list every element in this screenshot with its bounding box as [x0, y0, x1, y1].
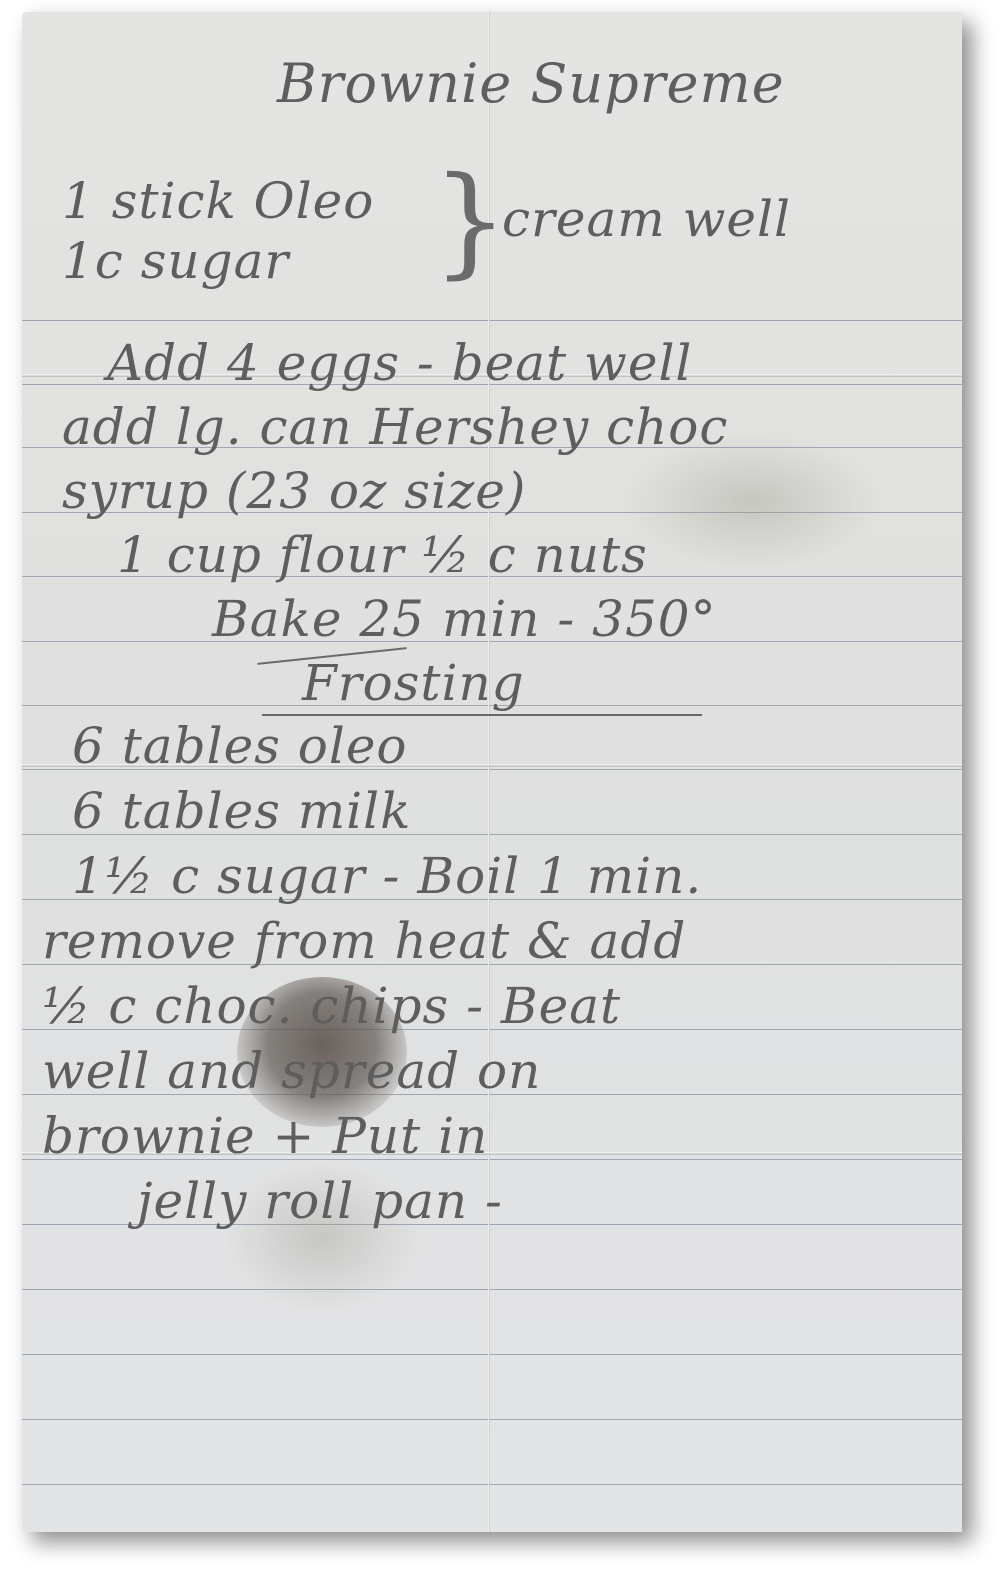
ingredient-line: 1c sugar — [62, 232, 289, 290]
brace-note: cream well — [502, 190, 791, 248]
curly-brace: } — [432, 162, 508, 282]
ruled-line — [22, 1354, 962, 1355]
frosting-heading: Frosting — [302, 654, 525, 712]
frosting-line: 1½ c sugar - Boil 1 min. — [72, 847, 702, 905]
ruled-line — [22, 320, 962, 321]
frosting-line: ½ c choc. chips - Beat — [42, 977, 621, 1035]
recipe-title: Brownie Supreme — [277, 52, 785, 115]
heading-underline — [262, 714, 702, 716]
instruction-line: Add 4 eggs - beat well — [107, 334, 692, 392]
frosting-line: jelly roll pan - — [137, 1172, 503, 1230]
frosting-line: brownie + Put in — [42, 1107, 488, 1165]
bake-instruction: Bake 25 min - 350° — [212, 590, 717, 648]
instruction-line: add lg. can Hershey choc — [62, 398, 728, 456]
ruled-line — [22, 1419, 962, 1420]
ruled-line — [22, 1484, 962, 1485]
ingredient-line: 1 stick Oleo — [62, 172, 374, 230]
frosting-line: well and spread on — [42, 1042, 541, 1100]
instruction-line: syrup (23 oz size) — [62, 462, 526, 520]
recipe-paper: Brownie Supreme 1 stick Oleo 1c sugar } … — [22, 12, 962, 1532]
ruled-line — [22, 1289, 962, 1290]
frosting-line: remove from heat & add — [42, 912, 686, 970]
frosting-line: 6 tables oleo — [72, 717, 408, 775]
frosting-line: 6 tables milk — [72, 782, 411, 840]
instruction-line: 1 cup flour ½ c nuts — [117, 526, 648, 584]
